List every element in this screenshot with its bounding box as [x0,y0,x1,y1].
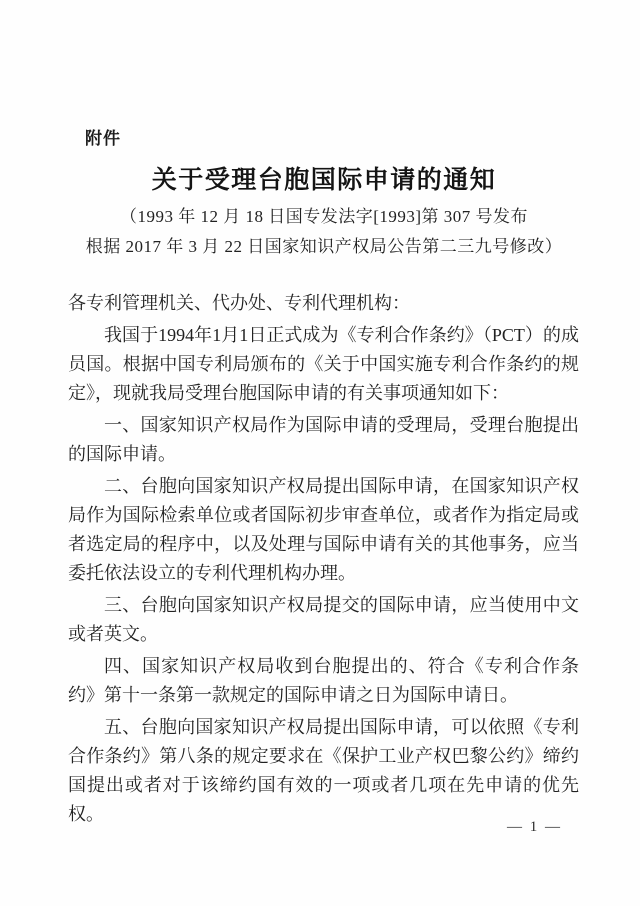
paragraph-item-1: 一、国家知识产权局作为国际申请的受理局，受理台胞提出的国际申请。 [68,411,579,469]
document-title: 关于受理台胞国际申请的通知 [8,160,640,196]
paragraph-item-5: 五、台胞向国家知识产权局提出国际申请，可以依照《专利合作条约》第八条的规定要求在… [68,713,579,829]
attachment-label: 附件 [85,124,121,149]
document-subtitle-block: （1993 年 12 月 18 日国专发法字[1993]第 307 号发布 根据… [8,202,640,262]
paragraph-item-3: 三、台胞向国家知识产权局提交的国际申请，应当使用中文或者英文。 [68,591,579,649]
paragraph-item-4: 四、国家知识产权局收到台胞提出的、符合《专利合作条约》第十一条第一款规定的国际申… [68,652,579,710]
salutation-line: 各专利管理机关、代办处、专利代理机构： [68,289,579,318]
paragraph-intro: 我国于1994年1月1日正式成为《专利合作条约》（PCT）的成员国。根据中国专利… [68,321,579,408]
document-page: 附件 关于受理台胞国际申请的通知 （1993 年 12 月 18 日国专发法字[… [0,0,640,906]
amendment-note-line: 根据 2017 年 3 月 22 日国家知识产权局公告第二三九号修改） [8,232,640,262]
page-number: — 1 — [507,819,562,836]
document-body: 各专利管理机关、代办处、专利代理机构： 我国于1994年1月1日正式成为《专利合… [68,289,579,832]
paragraph-item-2: 二、台胞向国家知识产权局提出国际申请，在国家知识产权局作为国际检索单位或者国际初… [68,472,579,588]
issuance-note-line: （1993 年 12 月 18 日国专发法字[1993]第 307 号发布 [8,202,640,232]
